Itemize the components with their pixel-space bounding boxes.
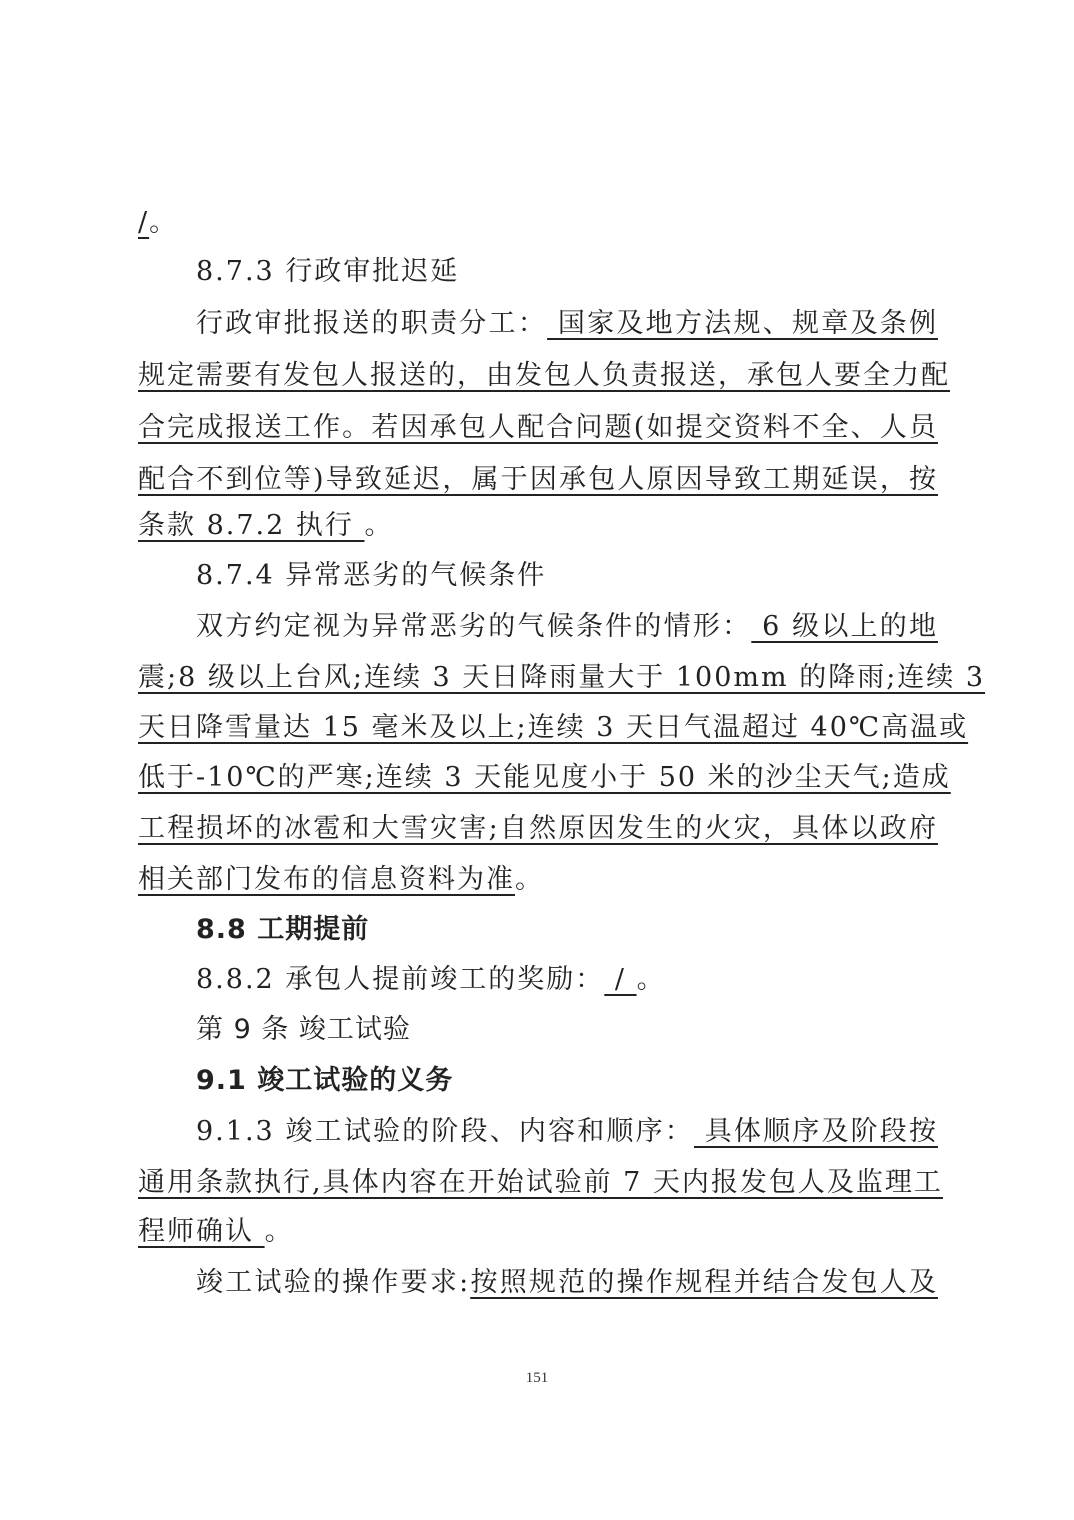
field-label: 双方约定视为异常恶劣的气候条件的情形：	[196, 611, 751, 642]
field-label: 8.8.2 承包人提前竣工的奖励：	[196, 964, 604, 995]
text-line: 程师确认 。	[138, 1214, 938, 1250]
field-value: 条款 8.7.2 执行	[138, 510, 364, 541]
field-value: 具体顺序及阶段按	[694, 1116, 938, 1147]
field-value: 通用条款执行,具体内容在开始试验前 7 天内报发包人及监理工	[138, 1167, 943, 1198]
heading-text: 9.1 竣工试验的义务	[196, 1065, 453, 1096]
section-heading-8-8: 8.8 工期提前	[196, 912, 938, 948]
subsection-heading-8-7-3: 8.7.3 行政审批迟延	[196, 254, 938, 290]
punctuation: 。	[637, 964, 666, 995]
field-value: 工程损坏的冰雹和大雪灾害;自然原因发生的火灾，具体以政府	[138, 813, 938, 844]
punctuation: 。	[364, 510, 393, 541]
punctuation: 。	[515, 864, 544, 895]
underlined-blank: /	[604, 964, 636, 995]
heading-text: 第 9 条 竣工试验	[196, 1014, 411, 1045]
field-value: 相关部门发布的信息资料为准	[138, 864, 515, 895]
text-line: 工程损坏的冰雹和大雪灾害;自然原因发生的火灾，具体以政府	[138, 811, 938, 847]
field-value: 低于-10℃的严寒;连续 3 天能见度小于 50 米的沙尘天气;造成	[138, 762, 951, 793]
field-value: 6 级以上的地	[751, 611, 938, 642]
text-line: 行政审批报送的职责分工： 国家及地方法规、规章及条例	[196, 306, 938, 342]
text-line: 天日降雪量达 15 毫米及以上;连续 3 天日气温超过 40℃高温或	[138, 710, 938, 746]
field-value: 配合不到位等)导致延迟，属于因承包人原因导致工期延误，按	[138, 464, 938, 495]
text-line: 相关部门发布的信息资料为准。	[138, 862, 938, 898]
text-line: 8.8.2 承包人提前竣工的奖励： / 。	[196, 962, 938, 998]
field-value: 震;8 级以上台风;连续 3 天日降雨量大于 100mm 的降雨;连续 3	[138, 662, 985, 693]
text-line: 竣工试验的操作要求:按照规范的操作规程并结合发包人及	[196, 1265, 938, 1301]
field-value: 天日降雪量达 15 毫米及以上;连续 3 天日气温超过 40℃高温或	[138, 712, 968, 743]
field-value: 合完成报送工作。若因承包人配合问题(如提交资料不全、人员	[138, 412, 938, 443]
text-line: /。	[138, 205, 938, 241]
punctuation: 。	[149, 207, 178, 238]
section-heading-9-1: 9.1 竣工试验的义务	[196, 1063, 938, 1099]
field-label: 9.1.3 竣工试验的阶段、内容和顺序：	[196, 1116, 694, 1147]
heading-text: 8.8 工期提前	[196, 914, 369, 945]
document-page: /。 8.7.3 行政审批迟延 行政审批报送的职责分工： 国家及地方法规、规章及…	[0, 0, 1074, 1520]
text-line: 低于-10℃的严寒;连续 3 天能见度小于 50 米的沙尘天气;造成	[138, 760, 938, 796]
article-heading-9: 第 9 条 竣工试验	[196, 1012, 938, 1048]
text-line: 规定需要有发包人报送的，由发包人负责报送，承包人要全力配	[138, 358, 938, 394]
text-line: 双方约定视为异常恶劣的气候条件的情形： 6 级以上的地	[196, 609, 938, 645]
text-line: 通用条款执行,具体内容在开始试验前 7 天内报发包人及监理工	[138, 1165, 938, 1201]
text-line: 配合不到位等)导致延迟，属于因承包人原因导致工期延误，按	[138, 462, 938, 498]
field-label: 行政审批报送的职责分工：	[196, 308, 547, 339]
heading-text: 8.7.4 异常恶劣的气候条件	[196, 560, 546, 591]
text-line: 震;8 级以上台风;连续 3 天日降雨量大于 100mm 的降雨;连续 3	[138, 660, 938, 696]
text-line: 条款 8.7.2 执行 。	[138, 508, 938, 544]
field-label: 竣工试验的操作要求:	[196, 1267, 470, 1298]
text-line: 9.1.3 竣工试验的阶段、内容和顺序： 具体顺序及阶段按	[196, 1114, 938, 1150]
field-value: 程师确认	[138, 1216, 265, 1247]
punctuation: 。	[265, 1216, 294, 1247]
underlined-blank: /	[138, 207, 149, 238]
field-value: 国家及地方法规、规章及条例	[547, 308, 938, 339]
field-value: 按照规范的操作规程并结合发包人及	[470, 1267, 938, 1298]
text-line: 合完成报送工作。若因承包人配合问题(如提交资料不全、人员	[138, 410, 938, 446]
page-number: 151	[0, 1370, 1074, 1387]
subsection-heading-8-7-4: 8.7.4 异常恶劣的气候条件	[196, 558, 938, 594]
field-value: 规定需要有发包人报送的，由发包人负责报送，承包人要全力配	[138, 360, 950, 391]
heading-text: 8.7.3 行政审批迟延	[196, 256, 459, 287]
